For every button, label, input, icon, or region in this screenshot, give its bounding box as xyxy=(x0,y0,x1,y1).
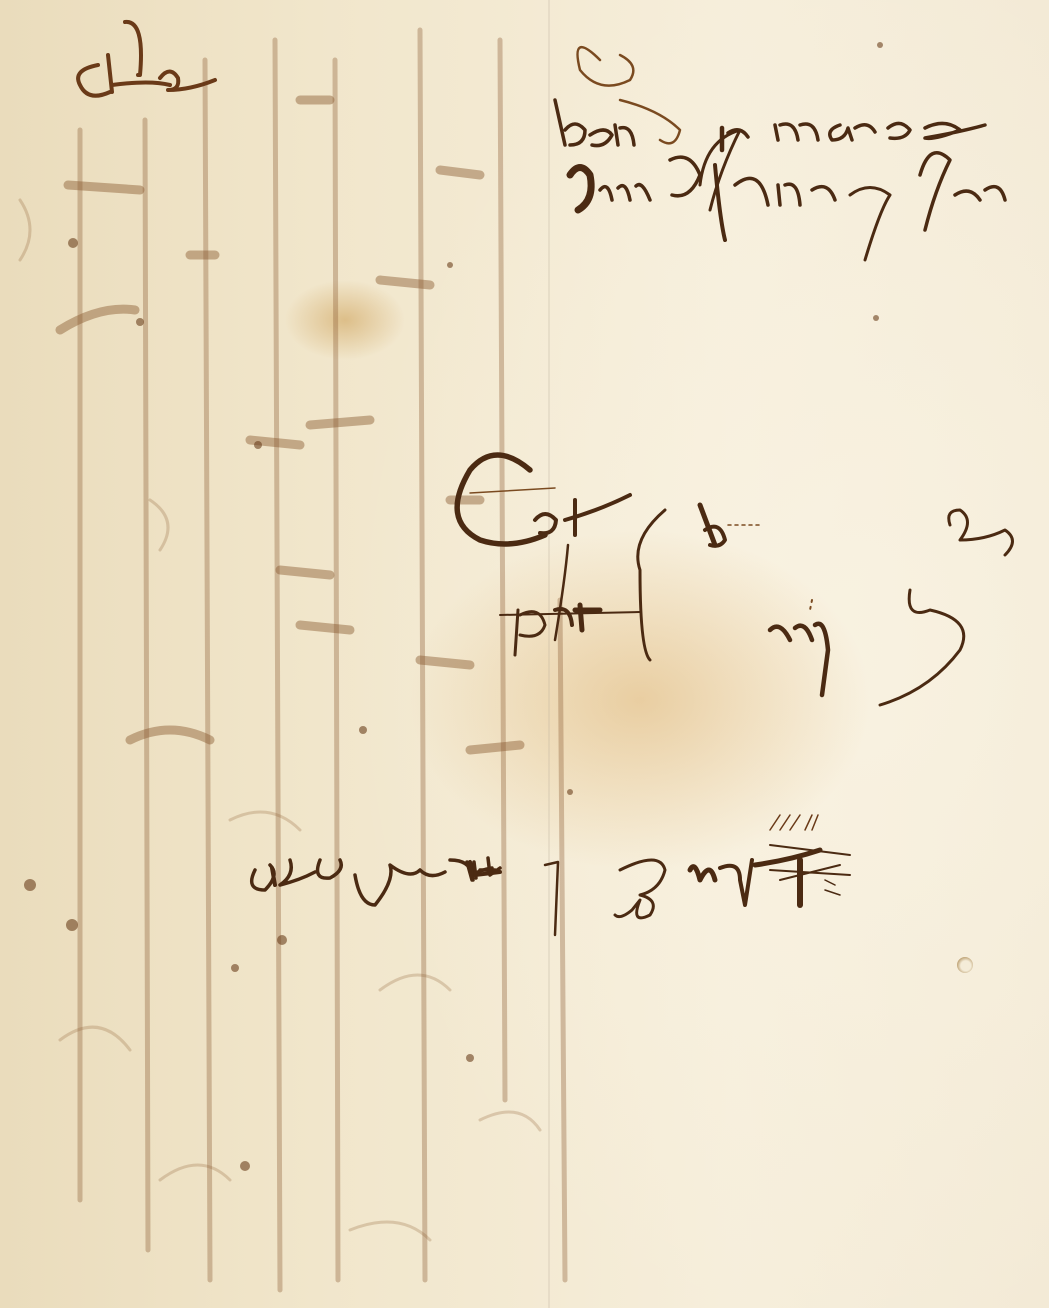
annotation-bottom xyxy=(252,815,850,935)
annotation-middle xyxy=(457,455,1012,705)
ink-handwriting xyxy=(0,0,1049,1308)
annotation-top-left xyxy=(78,22,215,96)
manuscript-page: Cke ben primatoz dinero pan pedro Cop xb… xyxy=(0,0,1049,1308)
annotation-top-right xyxy=(555,47,1005,260)
